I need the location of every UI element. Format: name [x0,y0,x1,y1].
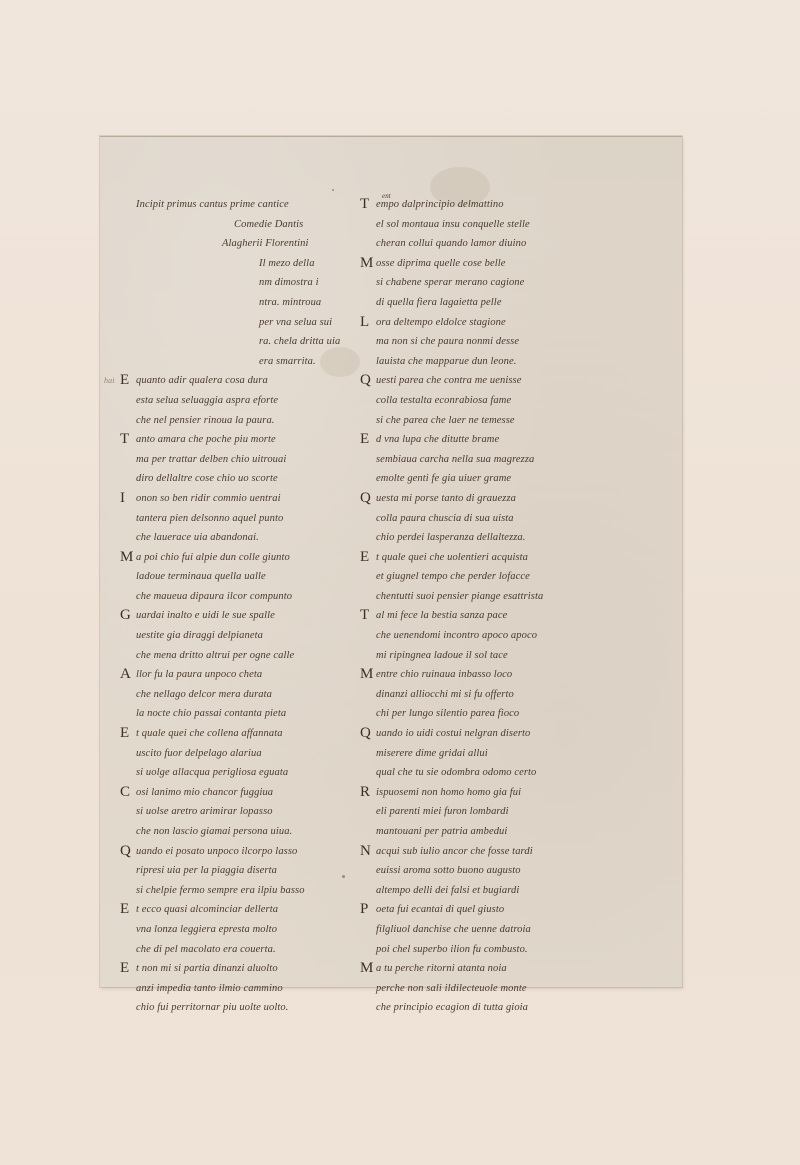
verse-line: ripresi uia per la piaggia diserta [122,861,362,881]
verse-line: mi ripingnea ladoue il sol tace [362,646,662,666]
verse-line: ladoue terminaua quella ualle [122,567,362,587]
verse-line: che di pel macolato era couerta. [122,940,362,960]
tercet: Q uesti parea che contra me uenisse coll… [362,371,662,430]
verse-line: chio fui perritornar piu uolte uolto. [122,998,362,1018]
tercet: Q uando io uidi costui nelgran diserto m… [362,724,662,783]
tercet: E t quale quei che uolentieri acquista e… [362,548,662,607]
tercet: ent T empo dalprincipio delmattino el so… [362,195,662,254]
verse-line: ma per trattar delben chio uitrouai [122,450,362,470]
verse-line: poi chel superbo ilion fu combusto. [362,940,662,960]
incipit-line: Alagherii Florentini [122,234,362,254]
tercet: A llor fu la paura unpoco cheta che nell… [122,665,362,724]
rubric-line: Il mezo della [122,254,362,274]
manuscript-leaf: Incipit primus cantus prime cantice Come… [100,136,682,987]
verse-line: che principio ecagion di tutta gioia [362,998,662,1018]
verse-line: mantouani per patria ambedui [362,822,662,842]
verse-line: la nocte chio passai contanta pieta [122,704,362,724]
verse-line: filgliuol danchise che uenne datroia [362,920,662,940]
verse-line: uando io uidi costui nelgran diserto [362,724,662,744]
verse-line: che uenendomi incontro apoco apoco [362,626,662,646]
verse-line: llor fu la paura unpoco cheta [122,665,362,685]
rubric-line: ntra. mintroua [122,293,362,313]
verse-line: t ecco quasi alcominciar dellerta [122,900,362,920]
tercet: T anto amara che poche piu morte ma per … [122,430,362,489]
verse-line: ora deltempo eldolce stagione [362,313,662,333]
tercet: Q uesta mi porse tanto di grauezza colla… [362,489,662,548]
rubric-line: ra. chela dritta uia [122,332,362,352]
verse-line: di quella fiera lagaietta pelle [362,293,662,313]
tercet: P oeta fui ecantai di quel giusto filgli… [362,900,662,959]
verse-line: onon so ben ridir commio uentrai [122,489,362,509]
verse-line: t quale quei che uolentieri acquista [362,548,662,568]
verse-line: acqui sub iulio ancor che fosse tardi [362,842,662,862]
verse-line: si uolse aretro arimirar lopasso [122,802,362,822]
verse-line: euissi aroma sotto buono augusto [362,861,662,881]
tercet: M entre chio ruinaua inbasso loco dinanz… [362,665,662,724]
verse-line: si che parea che laer ne temesse [362,411,662,431]
verse-line: empo dalprincipio delmattino [362,195,662,215]
verse-line: uesti parea che contra me uenisse [362,371,662,391]
verse-line: cheran collui quando lamor diuino [362,234,662,254]
verse-line: ispuosemi non homo homo gia fui [362,783,662,803]
tercet: R ispuosemi non homo homo gia fui eli pa… [362,783,662,842]
verse-line: perche non sali ildilecteuole monte [362,979,662,999]
verse-line: uardai inalto e uidi le sue spalle [122,606,362,626]
verse-line: tantera pien delsonno aquel punto [122,509,362,529]
verse-line: al mi fece la bestia sanza pace [362,606,662,626]
verse-line: esta selua seluaggia aspra eforte [122,391,362,411]
tercet: hai E quanto adir qualera cosa dura esta… [122,371,362,430]
verse-line: che nellago delcor mera durata [122,685,362,705]
tercet: M osse diprima quelle cose belle si chab… [362,254,662,313]
verse-line: qual che tu sie odombra odomo certo [362,763,662,783]
verse-line: vna lonza leggiera epresta molto [122,920,362,940]
verse-line: che nel pensier rinoua la paura. [122,411,362,431]
right-column: ent T empo dalprincipio delmattino el so… [362,195,662,1018]
tercet: Q uando ei posato unpoco ilcorpo lasso r… [122,842,362,901]
tercet: E t non mi si partia dinanzi aluolto anz… [122,959,362,1018]
verse-line: uando ei posato unpoco ilcorpo lasso [122,842,362,862]
verse-line: che lauerace uia abandonai. [122,528,362,548]
tercet: L ora deltempo eldolce stagione ma non s… [362,313,662,372]
incipit-line: Comedie Dantis [122,215,362,235]
rubric-line: per vna selua sui [122,313,362,333]
verse-line: osi lanimo mio chancor fuggiua [122,783,362,803]
tercet: G uardai inalto e uidi le sue spalle ues… [122,606,362,665]
verse-line: emolte genti fe gia uiuer grame [362,469,662,489]
verse-line: diro dellaltre cose chio uo scorte [122,469,362,489]
verse-line: oeta fui ecantai di quel giusto [362,900,662,920]
verse-line: lauista che mapparue dun leone. [362,352,662,372]
verse-line: a tu perche ritorni atanta noia [362,959,662,979]
margin-note: hai [104,371,115,391]
verse-line: ma non si che paura nonmi desse [362,332,662,352]
verse-line: quanto adir qualera cosa dura [122,371,362,391]
tercet: N acqui sub iulio ancor che fosse tardi … [362,842,662,901]
tercet: M a tu perche ritorni atanta noia perche… [362,959,662,1018]
verse-line: sembiaua carcha nella sua magrezza [362,450,662,470]
left-column: Incipit primus cantus prime cantice Come… [122,195,362,1018]
verse-line: uesta mi porse tanto di grauezza [362,489,662,509]
tercet: C osi lanimo mio chancor fuggiua si uols… [122,783,362,842]
verse-line: el sol montaua insu conquelle stelle [362,215,662,235]
verse-line: chi per lungo silentio parea fioco [362,704,662,724]
verse-line: che maueua dipaura ilcor compunto [122,587,362,607]
verse-line: chentutti suoi pensier piange esattrista [362,587,662,607]
verse-line: anzi impedia tanto ilmio cammino [122,979,362,999]
verse-line: si chabene sperar merano cagione [362,273,662,293]
verse-line: colla paura chuscia di sua uista [362,509,662,529]
mount-board: Incipit primus cantus prime cantice Come… [0,0,800,1165]
verse-line: a poi chio fui alpie dun colle giunto [122,548,362,568]
verse-line: entre chio ruinaua inbasso loco [362,665,662,685]
verse-line: eli parenti miei furon lombardi [362,802,662,822]
verse-line: colla testalta econrabiosa fame [362,391,662,411]
rubric-line: era smarrita. [122,352,362,372]
tercet: E t ecco quasi alcominciar dellerta vna … [122,900,362,959]
verse-line: miserere dime gridai allui [362,744,662,764]
verse-line: chio perdei lasperanza dellaltezza. [362,528,662,548]
verse-line: si uolge allacqua perigliosa eguata [122,763,362,783]
verse-line: t quale quei che collena affannata [122,724,362,744]
tercet: T al mi fece la bestia sanza pace che ue… [362,606,662,665]
ink-speck [332,189,334,191]
verse-line: uestite gia diraggi delpianeta [122,626,362,646]
verse-line: uscito fuor delpelago alariua [122,744,362,764]
rubric-line: nm dimostra i [122,273,362,293]
tercet: E d vna lupa che ditutte brame sembiaua … [362,430,662,489]
incipit-line: Incipit primus cantus prime cantice [122,195,362,215]
verse-line: si chelpie fermo sempre era ilpiu basso [122,881,362,901]
verse-line: che non lascio giamai persona uiua. [122,822,362,842]
verse-line: osse diprima quelle cose belle [362,254,662,274]
verse-line: t non mi si partia dinanzi aluolto [122,959,362,979]
verse-line: anto amara che poche piu morte [122,430,362,450]
verse-line: et giugnel tempo che perder lofacce [362,567,662,587]
verse-line: dinanzi alliocchi mi si fu offerto [362,685,662,705]
tercet: M a poi chio fui alpie dun colle giunto … [122,548,362,607]
tercet: E t quale quei che collena affannata usc… [122,724,362,783]
verse-line: che mena dritto altrui per ogne calle [122,646,362,666]
tercet: I onon so ben ridir commio uentrai tante… [122,489,362,548]
verse-line: altempo delli dei falsi et bugiardi [362,881,662,901]
verse-line: d vna lupa che ditutte brame [362,430,662,450]
